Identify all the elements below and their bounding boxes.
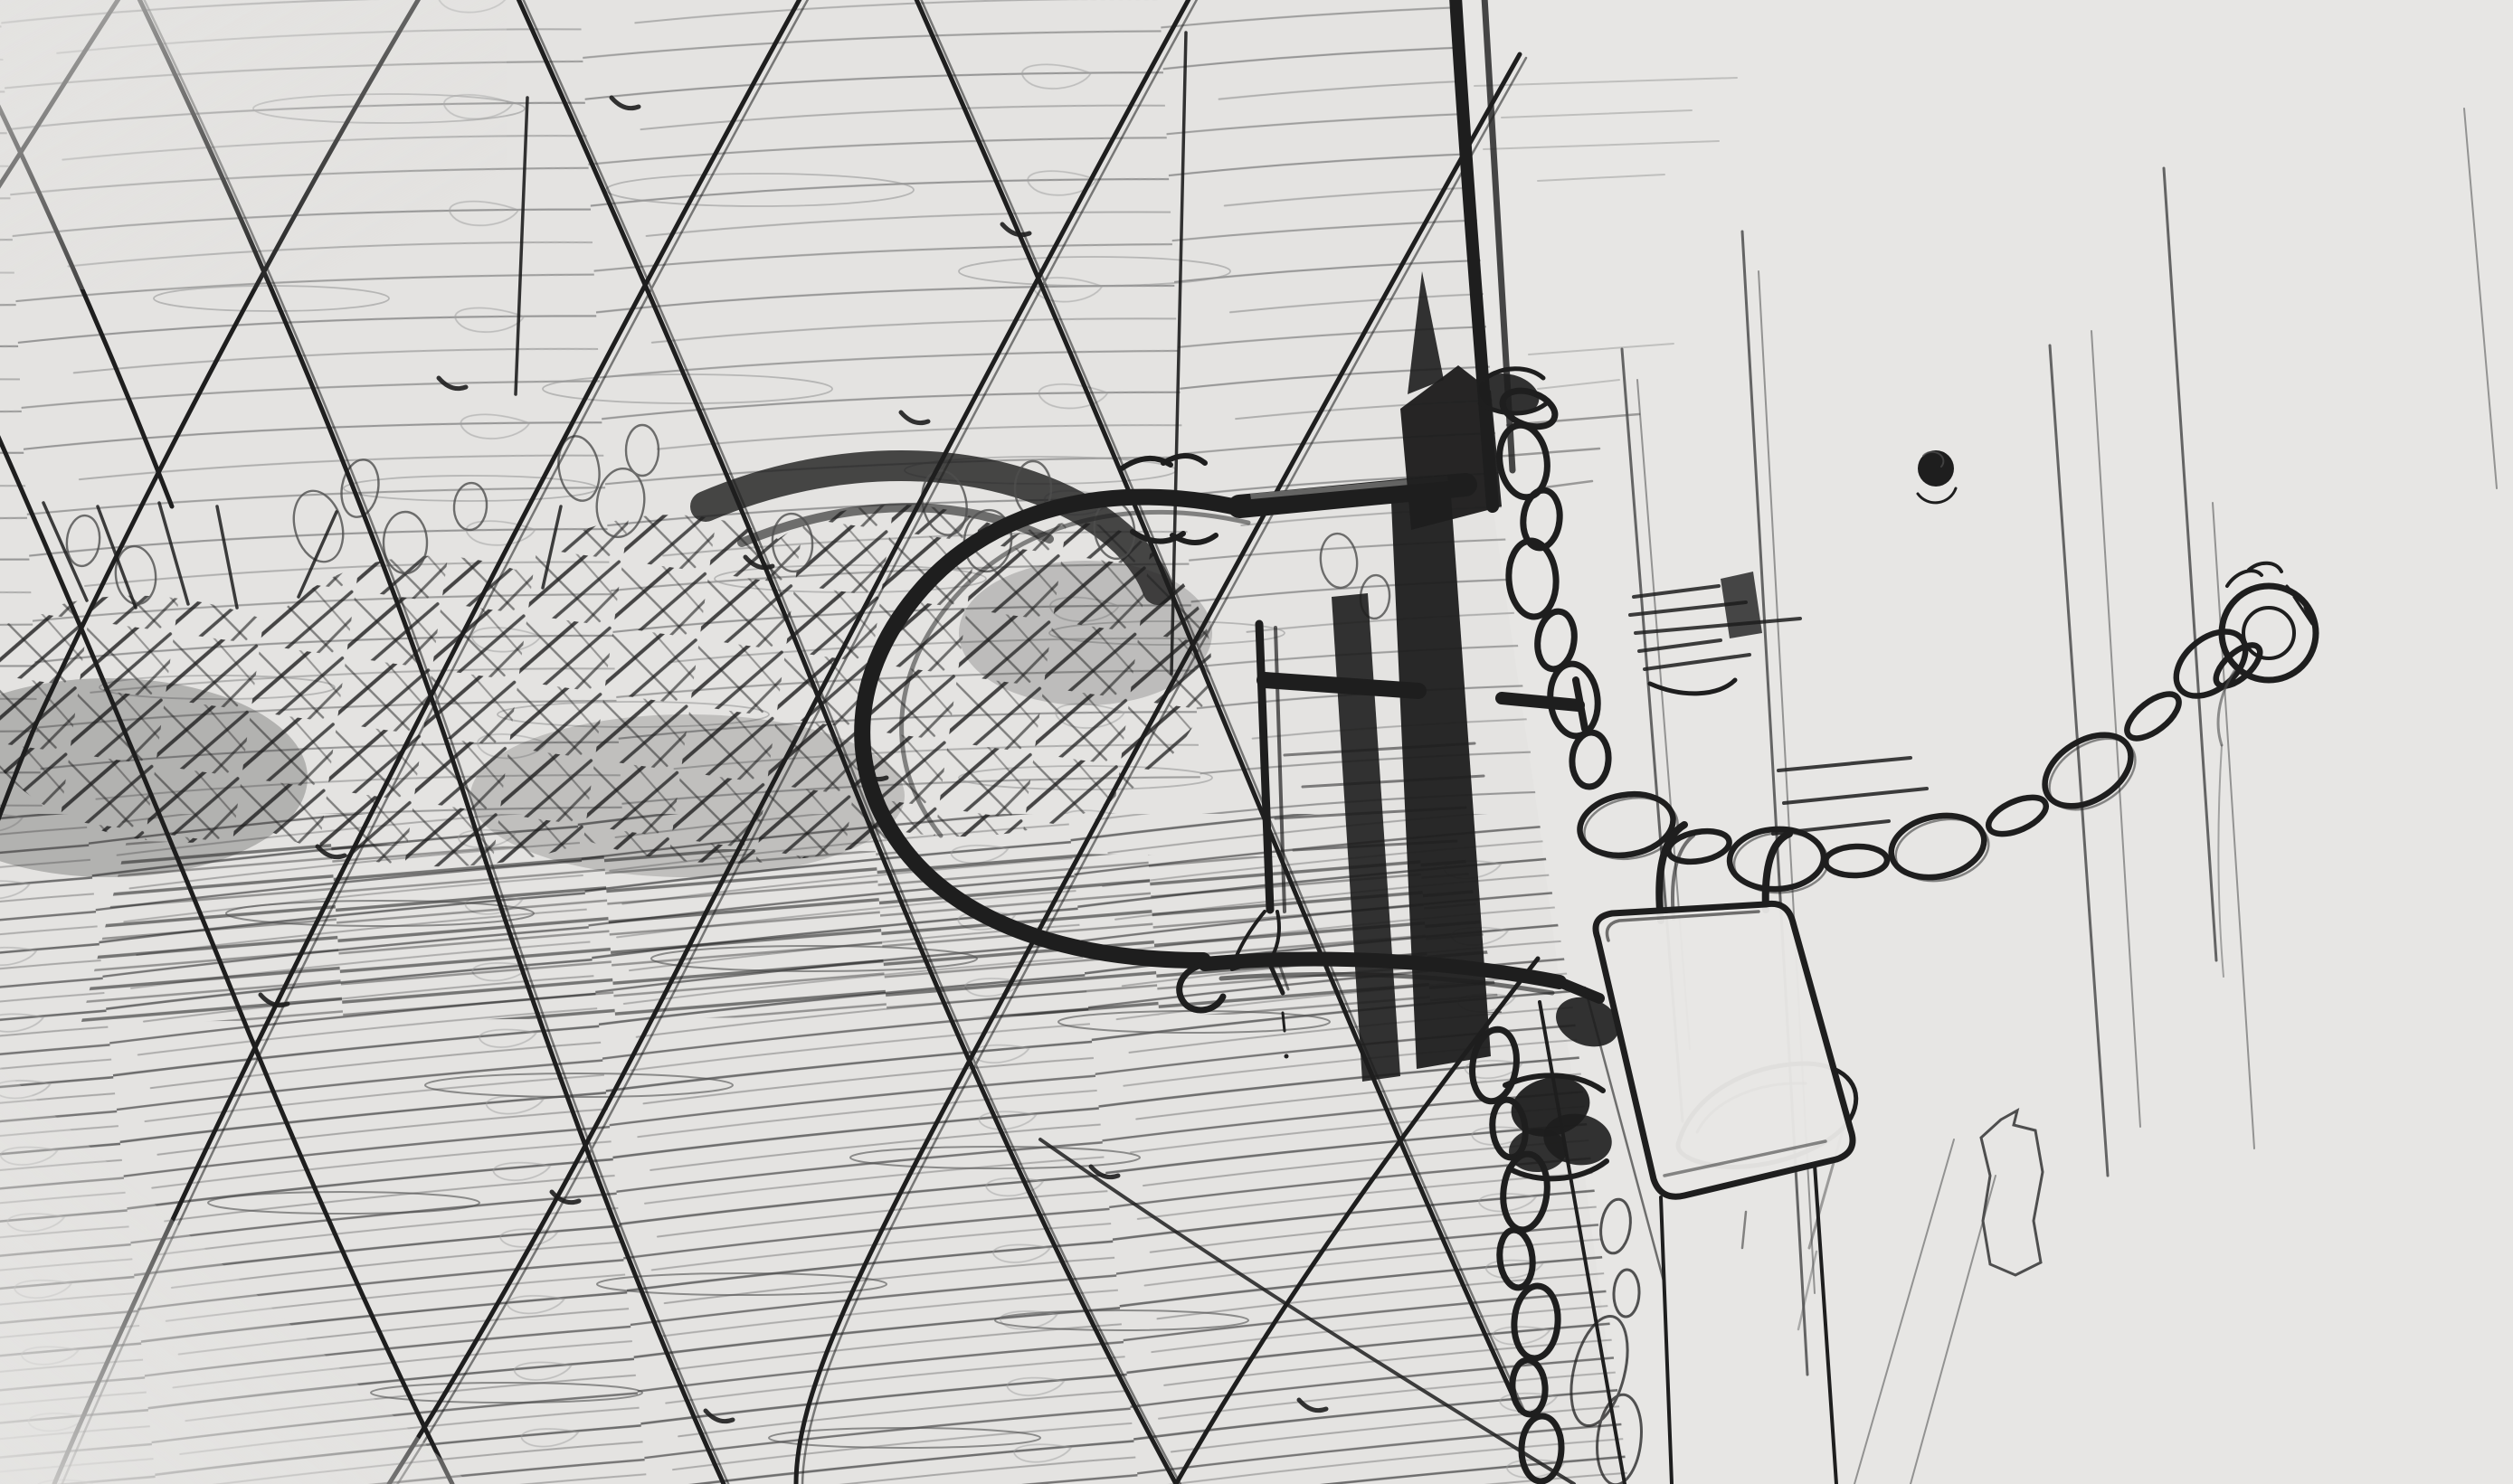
pen-sketch-canvas (0, 0, 2513, 1484)
photo-vignette (0, 0, 2513, 1484)
sketch-page (0, 0, 2513, 1484)
